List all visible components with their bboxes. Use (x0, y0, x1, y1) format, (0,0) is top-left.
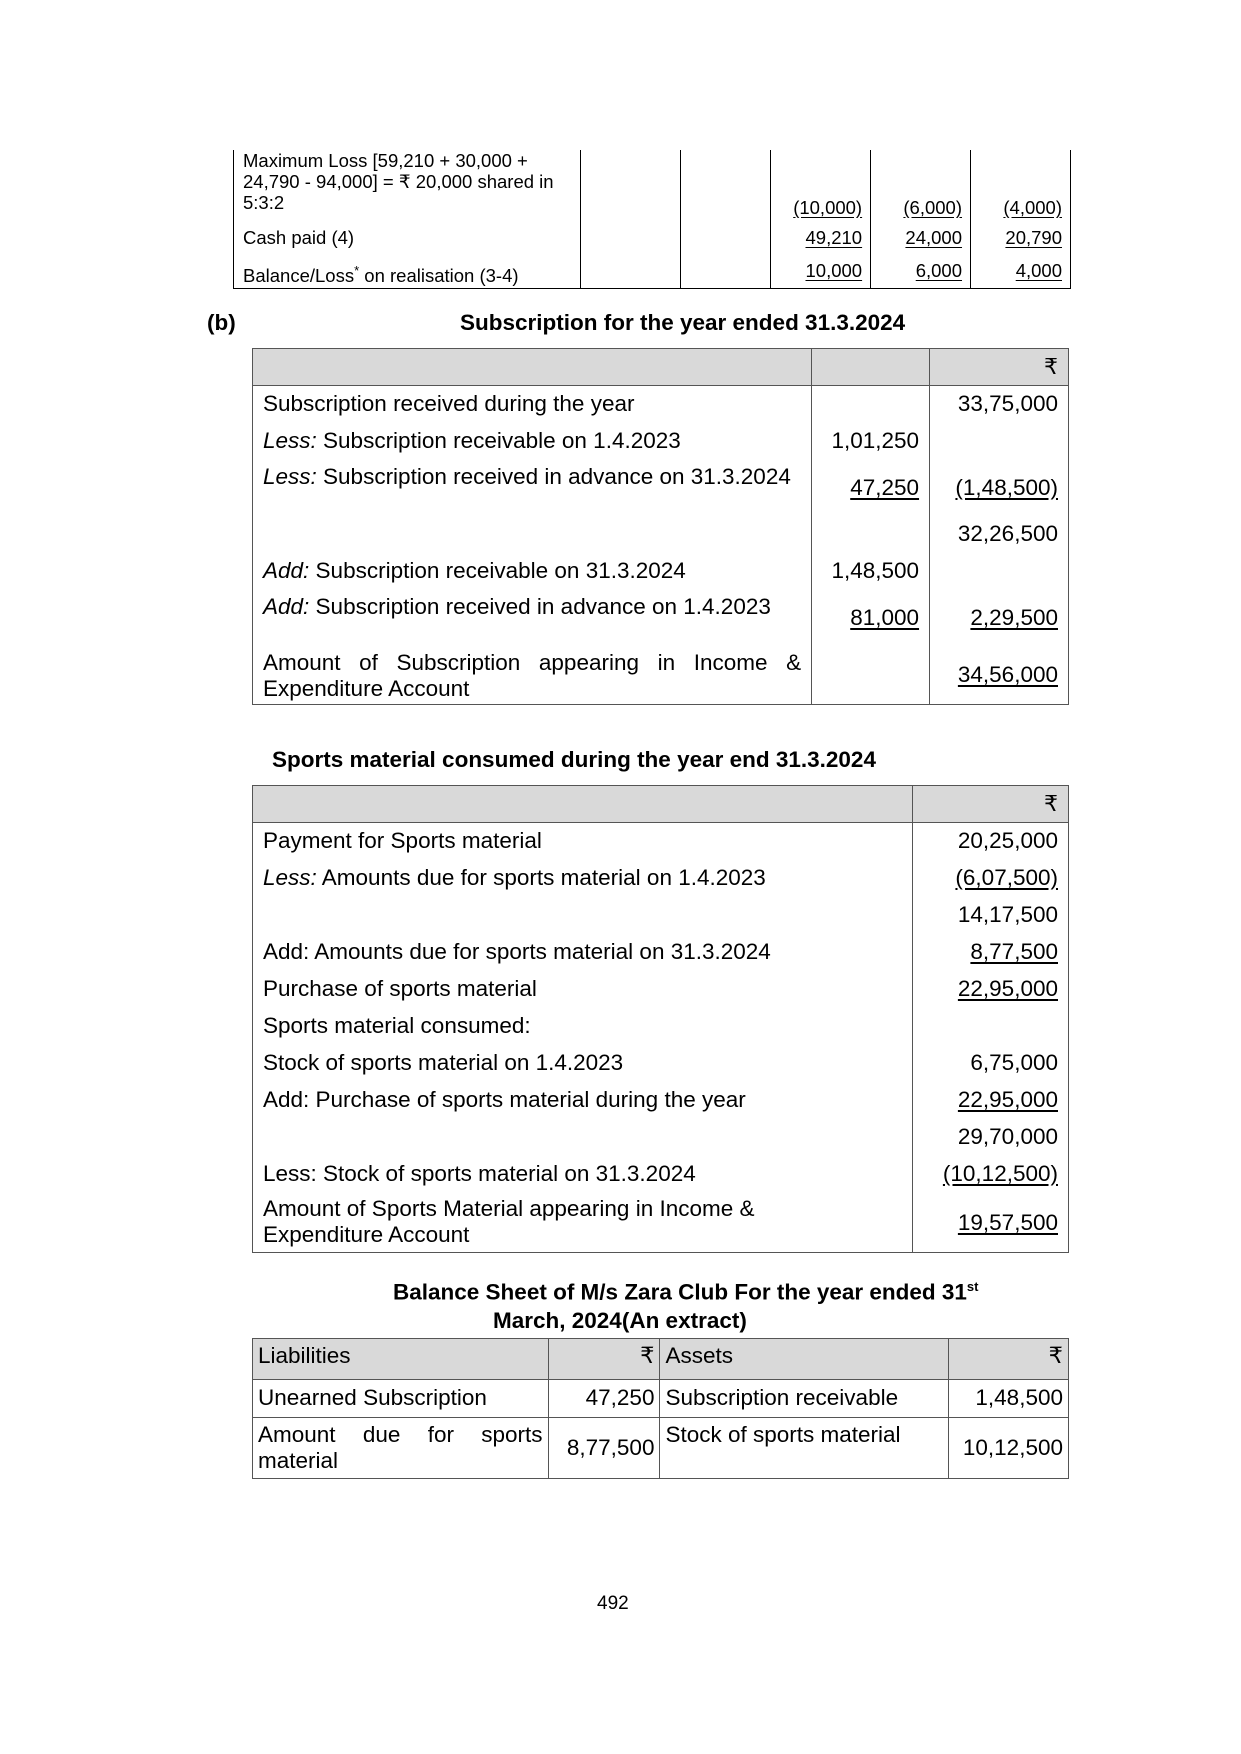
balance-sheet-table: Liabilities ₹ Assets ₹ Unearned Subscrip… (252, 1338, 1069, 1479)
liability-label: Unearned Subscription (253, 1380, 549, 1418)
table-row: Amount of Sports Material appearing in I… (253, 1193, 1069, 1253)
asset-amount: 10,12,500 (949, 1418, 1069, 1479)
cell-amount: (6,000) (871, 150, 971, 220)
amount: 20,25,000 (913, 823, 1069, 861)
table-row: 14,17,500 (253, 897, 1069, 934)
table-row: Unearned Subscription 47,250 Subscriptio… (253, 1380, 1069, 1418)
row-label: Less: Stock of sports material on 31.3.2… (253, 1156, 913, 1193)
row-label: Less: Subscription receivable on 1.4.202… (253, 423, 812, 460)
row-label: Less: Subscription received in advance o… (253, 460, 812, 516)
inner-amount: 81,000 (812, 590, 930, 646)
liabilities-header: Liabilities (253, 1339, 549, 1380)
table-header: Liabilities ₹ Assets ₹ (253, 1339, 1069, 1380)
amount (913, 1008, 1069, 1045)
row-label (253, 897, 913, 934)
liability-label: Amount due for sports material (253, 1418, 549, 1479)
row-label: Stock of sports material on 1.4.2023 (253, 1045, 913, 1082)
amount: 29,70,000 (913, 1119, 1069, 1156)
cell (580, 150, 681, 220)
rupee-icon: ₹ (913, 786, 1069, 823)
inner-amount: 1,01,250 (812, 423, 930, 460)
outer-amount (930, 423, 1069, 460)
table-header: ₹ (253, 786, 1069, 823)
row-label: Add: Subscription receivable on 31.3.202… (253, 553, 812, 590)
row-label: Subscription received during the year (253, 386, 812, 424)
table-row: Amount of Subscription appearing in Inco… (253, 646, 1069, 705)
table-row: Maximum Loss [59,210 + 30,000 + 24,790 -… (234, 150, 1071, 220)
table-row: Balance/Loss* on realisation (3-4) 10,00… (234, 256, 1071, 289)
inner-amount (812, 516, 930, 553)
amount: (10,12,500) (913, 1156, 1069, 1193)
row-label: Add: Amounts due for sports material on … (253, 934, 913, 971)
liability-amount: 8,77,500 (548, 1418, 660, 1479)
row-label: Sports material consumed: (253, 1008, 913, 1045)
row-label: Purchase of sports material (253, 971, 913, 1008)
realisation-loss-table: Maximum Loss [59,210 + 30,000 + 24,790 -… (233, 150, 1071, 289)
amount: 8,77,500 (913, 934, 1069, 971)
asset-amount: 1,48,500 (949, 1380, 1069, 1418)
row-label: Cash paid (4) (234, 220, 581, 256)
liability-amount: 47,250 (548, 1380, 660, 1418)
table-row: 29,70,000 (253, 1119, 1069, 1156)
cell (681, 150, 771, 220)
table-row: Less: Amounts due for sports material on… (253, 860, 1069, 897)
section-marker: (b) (207, 310, 236, 336)
amount: 22,95,000 (913, 971, 1069, 1008)
row-label: Payment for Sports material (253, 823, 913, 861)
cell-amount: 49,210 (771, 220, 871, 256)
balance-sheet-title: Balance Sheet of M/s Zara Club For the y… (393, 1273, 1073, 1335)
outer-amount: 2,29,500 (930, 590, 1069, 646)
table-row: 32,26,500 (253, 516, 1069, 553)
outer-amount: (1,48,500) (930, 460, 1069, 516)
subscription-table: ₹ Subscription received during the year … (252, 348, 1069, 705)
table-row: Add: Purchase of sports material during … (253, 1082, 1069, 1119)
page-number: 492 (597, 1593, 629, 1615)
cell-amount: (10,000) (771, 150, 871, 220)
cell-amount: 20,790 (971, 220, 1071, 256)
table-row: Amount due for sports material 8,77,500 … (253, 1418, 1069, 1479)
table-row: Stock of sports material on 1.4.2023 6,7… (253, 1045, 1069, 1082)
cell-amount: (4,000) (971, 150, 1071, 220)
cell-amount: 24,000 (871, 220, 971, 256)
subscription-title: Subscription for the year ended 31.3.202… (460, 310, 905, 336)
row-label: Less: Amounts due for sports material on… (253, 860, 913, 897)
rupee-icon: ₹ (949, 1339, 1069, 1380)
table-row: Payment for Sports material 20,25,000 (253, 823, 1069, 861)
outer-amount (930, 553, 1069, 590)
table-row: Add: Subscription received in advance on… (253, 590, 1069, 646)
cell-amount: 10,000 (771, 256, 871, 289)
amount: 6,75,000 (913, 1045, 1069, 1082)
row-label: Amount of Sports Material appearing in I… (253, 1193, 913, 1253)
table-row: Less: Stock of sports material on 31.3.2… (253, 1156, 1069, 1193)
table-row: Cash paid (4) 49,210 24,000 20,790 (234, 220, 1071, 256)
sports-material-title: Sports material consumed during the year… (272, 747, 876, 773)
amount: 22,95,000 (913, 1082, 1069, 1119)
cell-amount: 4,000 (971, 256, 1071, 289)
outer-amount: 34,56,000 (930, 646, 1069, 705)
table-header: ₹ (253, 349, 1069, 386)
row-label: Maximum Loss [59,210 + 30,000 + 24,790 -… (234, 150, 581, 220)
table-row: Purchase of sports material 22,95,000 (253, 971, 1069, 1008)
assets-header: Assets (660, 1339, 949, 1380)
inner-amount: 1,48,500 (812, 553, 930, 590)
amount: 14,17,500 (913, 897, 1069, 934)
row-label: Add: Subscription received in advance on… (253, 590, 812, 646)
inner-amount (812, 386, 930, 424)
row-label: Amount of Subscription appearing in Inco… (253, 646, 812, 705)
asset-label: Stock of sports material (660, 1418, 949, 1479)
table-row: Subscription received during the year 33… (253, 386, 1069, 424)
table-row: Add: Subscription receivable on 31.3.202… (253, 553, 1069, 590)
table-row: Sports material consumed: (253, 1008, 1069, 1045)
asset-label: Subscription receivable (660, 1380, 949, 1418)
rupee-icon: ₹ (930, 349, 1069, 386)
amount: 19,57,500 (913, 1193, 1069, 1253)
amount: (6,07,500) (913, 860, 1069, 897)
inner-amount: 47,250 (812, 460, 930, 516)
rupee-icon: ₹ (548, 1339, 660, 1380)
table-row: Add: Amounts due for sports material on … (253, 934, 1069, 971)
table-row: Less: Subscription receivable on 1.4.202… (253, 423, 1069, 460)
cell-amount: 6,000 (871, 256, 971, 289)
row-label: Add: Purchase of sports material during … (253, 1082, 913, 1119)
table-row: Less: Subscription received in advance o… (253, 460, 1069, 516)
row-label (253, 516, 812, 553)
outer-amount: 33,75,000 (930, 386, 1069, 424)
outer-amount: 32,26,500 (930, 516, 1069, 553)
row-label: Balance/Loss* on realisation (3-4) (234, 256, 581, 289)
row-label (253, 1119, 913, 1156)
inner-amount (812, 646, 930, 705)
sports-material-table: ₹ Payment for Sports material 20,25,000 … (252, 785, 1069, 1253)
